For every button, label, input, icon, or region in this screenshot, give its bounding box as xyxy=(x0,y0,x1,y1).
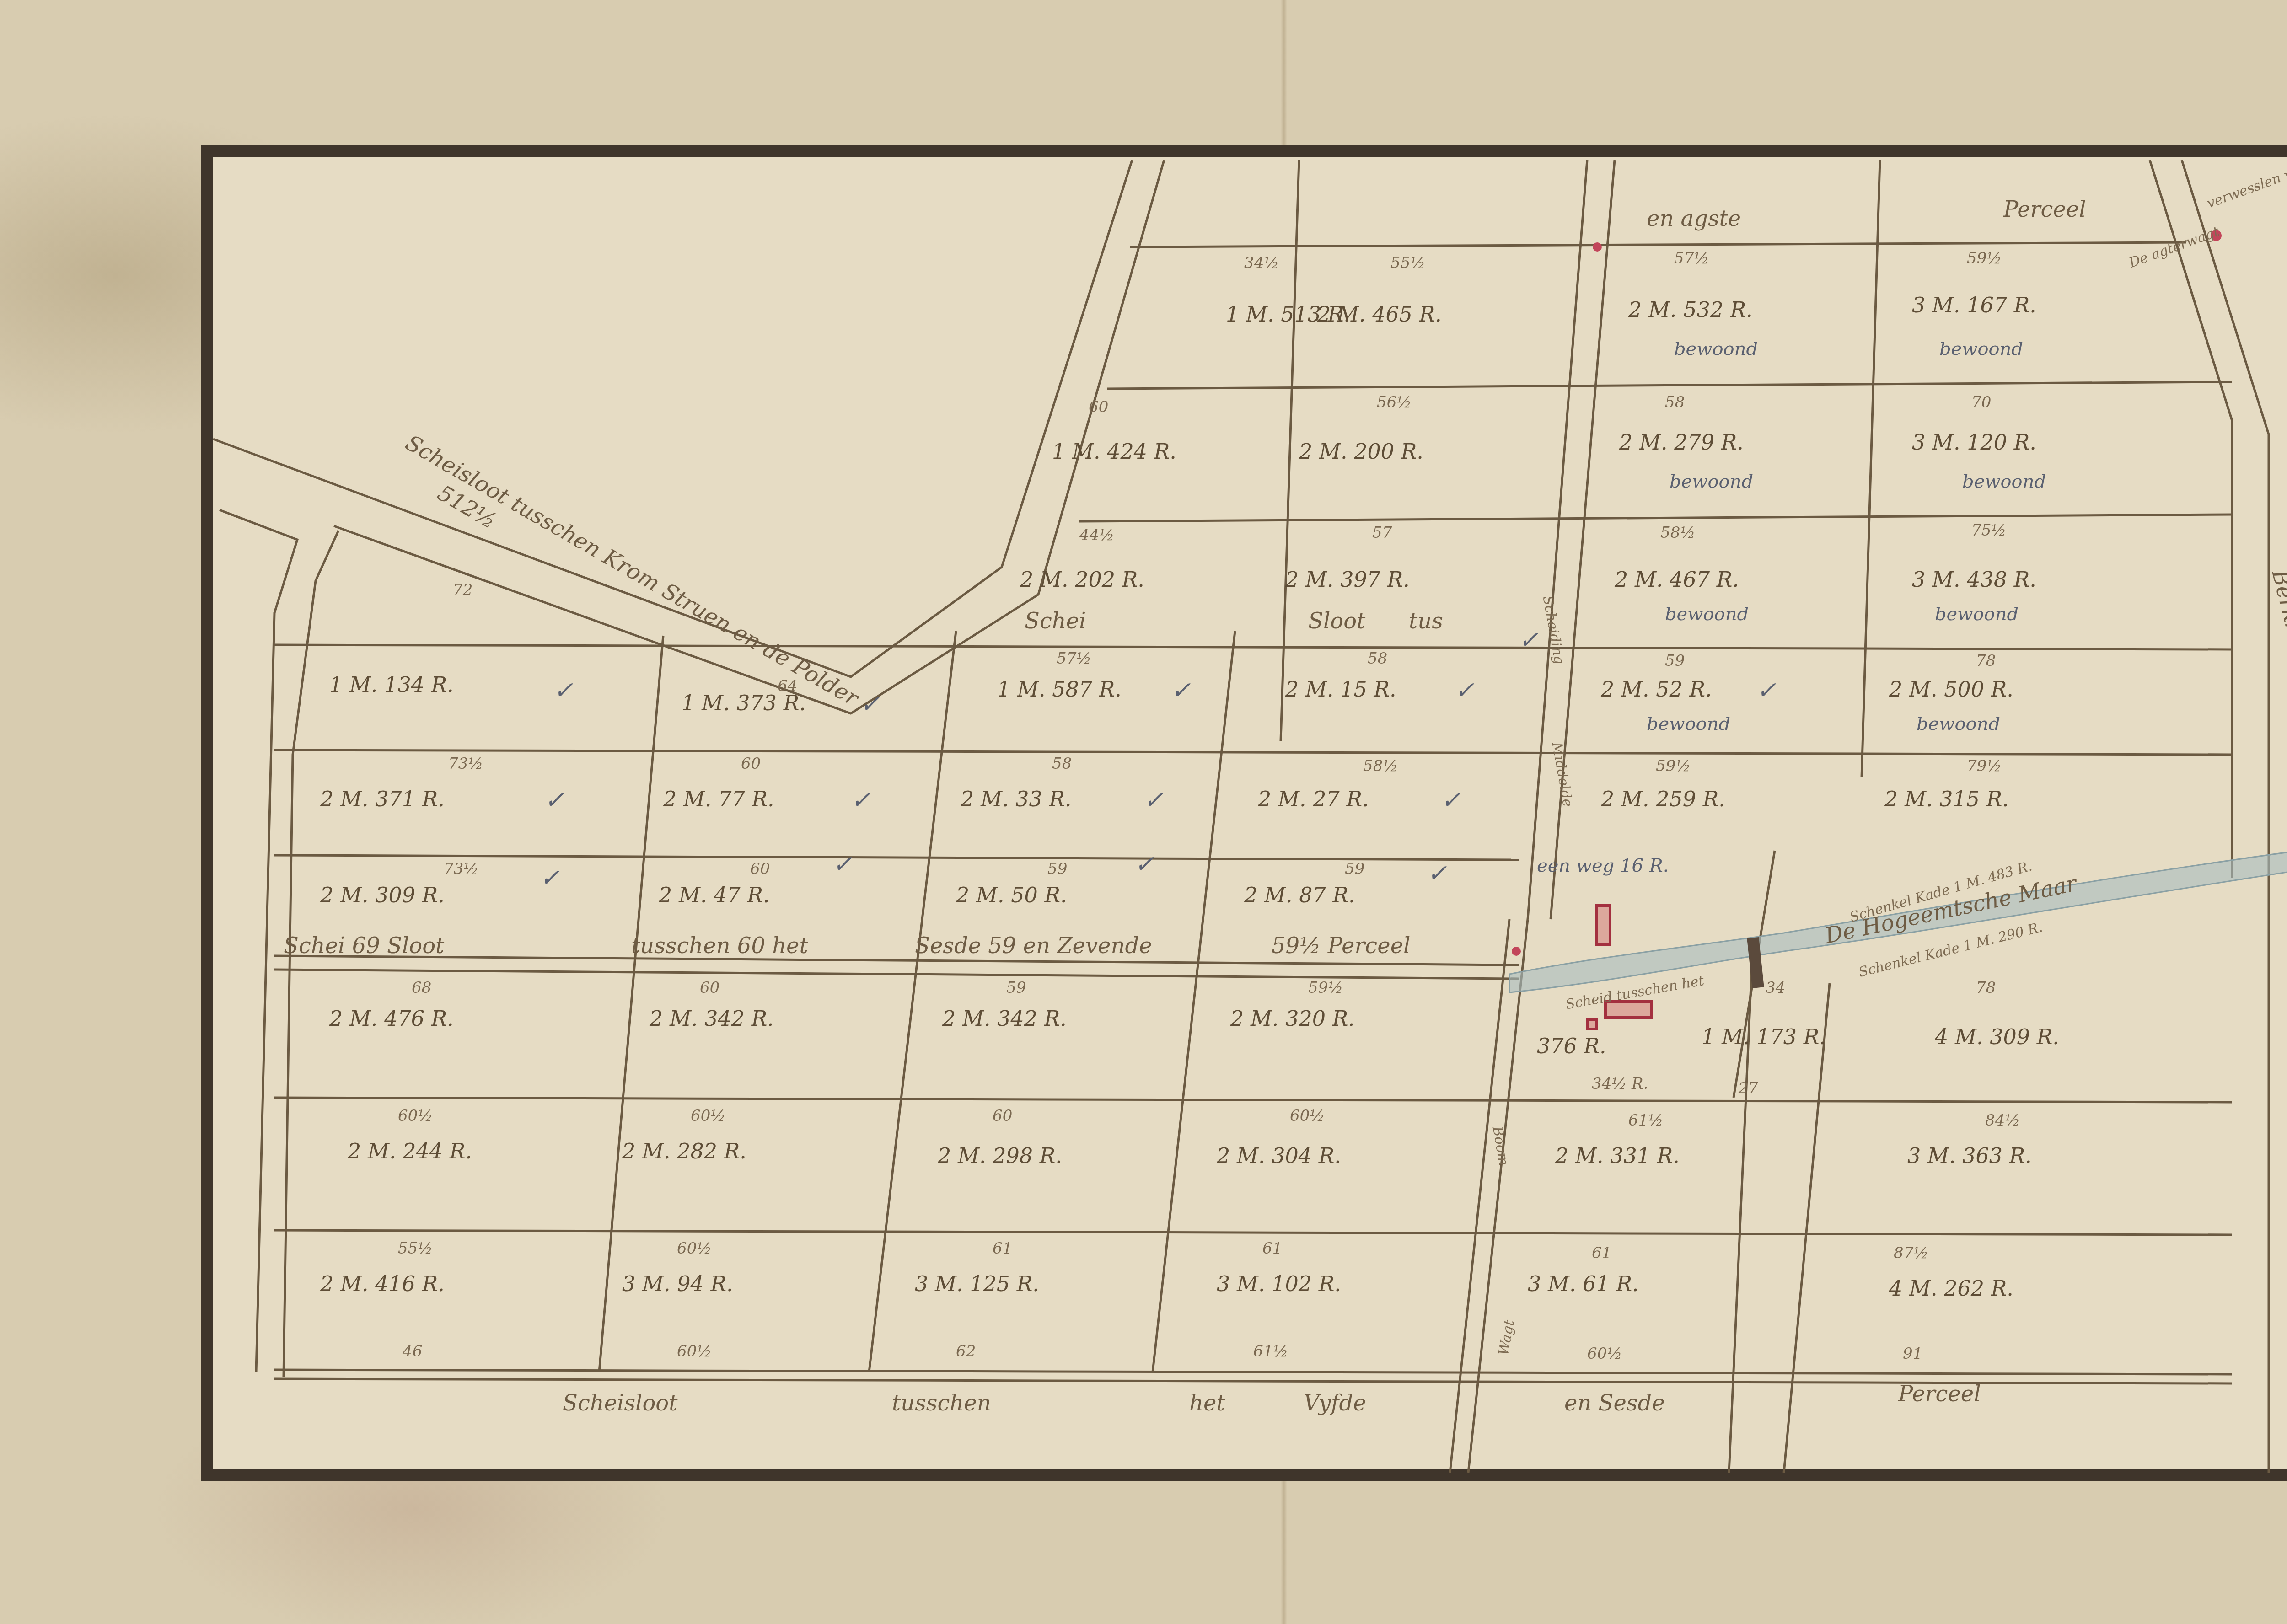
pencil-check-icon: ✓ xyxy=(544,787,564,814)
parcel-width: 64 xyxy=(778,677,797,695)
parcel-width: 59½ xyxy=(1967,249,2002,268)
parcel-area: 2 M. 304 R. xyxy=(1217,1143,1341,1168)
parcel-width: 87½ xyxy=(1894,1244,1928,1262)
parcel-area: 2 M. 315 R. xyxy=(1884,787,2009,811)
pencil-een-weg: een weg 16 R. xyxy=(1537,855,1669,876)
pencil-check-icon: ✓ xyxy=(1134,851,1154,878)
pencil-check-icon: ✓ xyxy=(1143,787,1164,814)
parcel-area: 2 M. 244 R. xyxy=(348,1139,472,1163)
pencil-bewoond: bewoond xyxy=(1670,471,1753,492)
parcel-width: 34½ xyxy=(1244,254,1279,272)
parcel-width: 73½ xyxy=(448,755,483,773)
parcel-width: 61½ xyxy=(1628,1111,1663,1130)
parcel-area: 2 M. 476 R. xyxy=(329,1006,454,1031)
parcel-width: 56½ xyxy=(1377,393,1412,412)
parcel-width: 75½ xyxy=(1971,521,2006,540)
parcel-area: 2 M. 202 R. xyxy=(1020,567,1144,592)
parcel-area: 2 M. 52 R. xyxy=(1601,677,1712,702)
parcel-width: 60 xyxy=(741,755,761,773)
parcel-area: 2 M. 77 R. xyxy=(663,787,774,811)
parcel-area: 2 M. 15 R. xyxy=(1285,677,1396,702)
pencil-check-icon: ✓ xyxy=(851,787,871,814)
parcel-width: 60½ xyxy=(1290,1107,1325,1125)
pencil-check-icon: ✓ xyxy=(1519,627,1539,654)
lower-ditch-label-2: tusschen 60 het xyxy=(631,933,808,959)
parcel-width: 84½ xyxy=(1985,1111,2020,1130)
parcel-area: 2 M. 33 R. xyxy=(961,787,1072,811)
parcel-area: 2 M. 279 R. xyxy=(1619,430,1744,455)
parcel-width: 60 xyxy=(1089,398,1108,416)
parcel-area: 2 M. 331 R. xyxy=(1555,1143,1680,1168)
parcel-width: 58½ xyxy=(1660,524,1695,542)
parcel-width: 72 xyxy=(453,581,472,599)
pencil-check-icon: ✓ xyxy=(1756,677,1777,704)
parcel-area: 1 M. 587 R. xyxy=(997,677,1122,702)
parcel-area: 4 M. 262 R. xyxy=(1889,1276,2013,1301)
parcel-area: 3 M. 94 R. xyxy=(622,1271,733,1296)
parcel-width: 78 xyxy=(1976,652,1996,670)
parcel-width: 61 xyxy=(1262,1239,1282,1258)
parcel-area: 2 M. 259 R. xyxy=(1601,787,1725,811)
parcel-area: 1 M. 424 R. xyxy=(1052,439,1176,464)
pencil-check-icon: ✓ xyxy=(1455,677,1475,704)
parcel-width: 27 xyxy=(1738,1079,1758,1098)
middle-ditch-word-3: tus xyxy=(1409,608,1443,634)
pencil-bewoond: bewoond xyxy=(1962,471,2046,492)
parcel-area: 1 M. 134 R. xyxy=(329,672,454,697)
parcel-width: 59 xyxy=(1345,860,1364,878)
parcel-area: 2 M. 47 R. xyxy=(659,883,770,907)
pencil-bewoond: bewoond xyxy=(1939,338,2023,359)
parcel-area: 3 M. 120 R. xyxy=(1912,430,2036,455)
pencil-bewoond: bewoond xyxy=(1935,604,2019,625)
bottom-ditch-word-4: Vyfde xyxy=(1304,1390,1366,1416)
parcel-area: 2 M. 27 R. xyxy=(1258,787,1369,811)
pencil-check-icon: ✓ xyxy=(1427,860,1447,887)
pencil-check-icon: ✓ xyxy=(860,691,880,718)
pencil-bewoond: bewoond xyxy=(1674,338,1758,359)
bottom-ditch-word-5: en Sesde xyxy=(1564,1390,1665,1416)
pencil-bewoond: bewoond xyxy=(1665,604,1749,625)
bottom-ditch-word-6: Perceel xyxy=(1898,1381,1981,1407)
parcel-width: 34½ R. xyxy=(1592,1075,1648,1093)
parcel-width: 79½ xyxy=(1967,757,2002,775)
parcel-area: 1 M. 173 R. xyxy=(1702,1024,1826,1049)
parcel-area: 2 M. 200 R. xyxy=(1299,439,1423,464)
parcel-width: 73½ xyxy=(444,860,478,878)
pencil-bewoond: bewoond xyxy=(1917,713,2000,734)
parcel-width: 61½ xyxy=(1253,1342,1288,1361)
bottom-ditch-word-1: Scheisloot xyxy=(563,1390,678,1416)
parcel-width: 60½ xyxy=(1587,1345,1622,1363)
parcel-width: 58 xyxy=(1368,649,1387,668)
lower-ditch-label-1: Schei 69 Sloot xyxy=(284,933,444,959)
parcel-area: 2 M. 87 R. xyxy=(1244,883,1355,907)
parcel-width: 57½ xyxy=(1057,649,1091,668)
bottom-ditch-word-2: tusschen xyxy=(892,1390,991,1416)
parcel-area: 2 M. 282 R. xyxy=(622,1139,746,1163)
parcel-area: 2 M. 465 R. xyxy=(1317,302,1442,327)
middle-ditch-word-1: Schei xyxy=(1025,608,1086,634)
parcel-area: 3 M. 61 R. xyxy=(1528,1271,1639,1296)
parcel-width: 59½ xyxy=(1308,979,1343,997)
parcel-area: 2 M. 342 R. xyxy=(942,1006,1067,1031)
parcel-width: 46 xyxy=(403,1342,422,1361)
parcel-area: 376 R. xyxy=(1537,1034,1606,1058)
parcel-area: 2 M. 50 R. xyxy=(956,883,1067,907)
parcel-area: 4 M. 309 R. xyxy=(1935,1024,2059,1049)
parcel-area: 2 M. 397 R. xyxy=(1285,567,1410,592)
top-ditch-word-1: en agste xyxy=(1647,206,1741,231)
parcel-width: 58 xyxy=(1052,755,1072,773)
parcel-width: 60½ xyxy=(677,1342,712,1361)
parcel-area: 2 M. 320 R. xyxy=(1230,1006,1355,1031)
lower-ditch-label-3: Sesde 59 en Zevende xyxy=(915,933,1152,959)
parcel-width: 44½ xyxy=(1079,526,1114,544)
pencil-check-icon: ✓ xyxy=(553,677,574,704)
middle-ditch-word-2: Sloot xyxy=(1308,608,1365,634)
parcel-width: 78 xyxy=(1976,979,1996,997)
parcel-width: 59 xyxy=(1047,860,1067,878)
parcel-area: 3 M. 125 R. xyxy=(915,1271,1039,1296)
parcel-width: 70 xyxy=(1971,393,1991,412)
top-ditch-word-2: Perceel xyxy=(2003,197,2086,222)
parcel-width: 61 xyxy=(993,1239,1012,1258)
pencil-check-icon: ✓ xyxy=(540,864,560,892)
parcel-width: 62 xyxy=(956,1342,976,1361)
parcel-area: 2 M. 298 R. xyxy=(938,1143,1062,1168)
parcel-area: 3 M. 167 R. xyxy=(1912,293,2036,317)
lower-ditch-label-4: 59½ Perceel xyxy=(1272,933,1410,959)
parcel-area: 2 M. 532 R. xyxy=(1628,297,1753,322)
parcel-width: 58 xyxy=(1665,393,1685,412)
parcel-width: 91 xyxy=(1903,1345,1922,1363)
parcel-width: 58½ xyxy=(1363,757,1398,775)
pencil-check-icon: ✓ xyxy=(1171,677,1191,704)
parcel-width: 55½ xyxy=(398,1239,433,1258)
parcel-width: 59½ xyxy=(1656,757,1691,775)
pencil-check-icon: ✓ xyxy=(832,851,853,878)
parcel-area: 3 M. 102 R. xyxy=(1217,1271,1341,1296)
parcel-area: 2 M. 500 R. xyxy=(1889,677,2013,702)
parcel-area: 3 M. 363 R. xyxy=(1907,1143,2032,1168)
parcel-width: 60 xyxy=(700,979,719,997)
parcel-area: 2 M. 467 R. xyxy=(1615,567,1739,592)
parcel-width: 60 xyxy=(750,860,770,878)
parcel-width: 61 xyxy=(1592,1244,1611,1262)
parcel-area: 2 M. 416 R. xyxy=(320,1271,445,1296)
parcel-width: 57½ xyxy=(1674,249,1709,268)
parcel-area: 2 M. 342 R. xyxy=(650,1006,774,1031)
pencil-bewoond: bewoond xyxy=(1647,713,1730,734)
parcel-width: 59 xyxy=(1665,652,1685,670)
parcel-width: 55½ xyxy=(1390,254,1425,272)
parcel-area: 3 M. 438 R. xyxy=(1912,567,2036,592)
parcel-area: 2 M. 309 R. xyxy=(320,883,445,907)
parcel-width: 60½ xyxy=(677,1239,712,1258)
parcel-width: 34 xyxy=(1766,979,1785,997)
parcel-width: 60½ xyxy=(398,1107,433,1125)
parcel-width: 68 xyxy=(412,979,431,997)
pencil-check-icon: ✓ xyxy=(1441,787,1461,814)
parcel-width: 57 xyxy=(1372,524,1392,542)
parcel-width: 59 xyxy=(1006,979,1026,997)
parcel-width: 60 xyxy=(993,1107,1012,1125)
parcel-area: 2 M. 371 R. xyxy=(320,787,445,811)
parcel-width: 60½ xyxy=(691,1107,725,1125)
bottom-ditch-word-3: het xyxy=(1189,1390,1225,1416)
